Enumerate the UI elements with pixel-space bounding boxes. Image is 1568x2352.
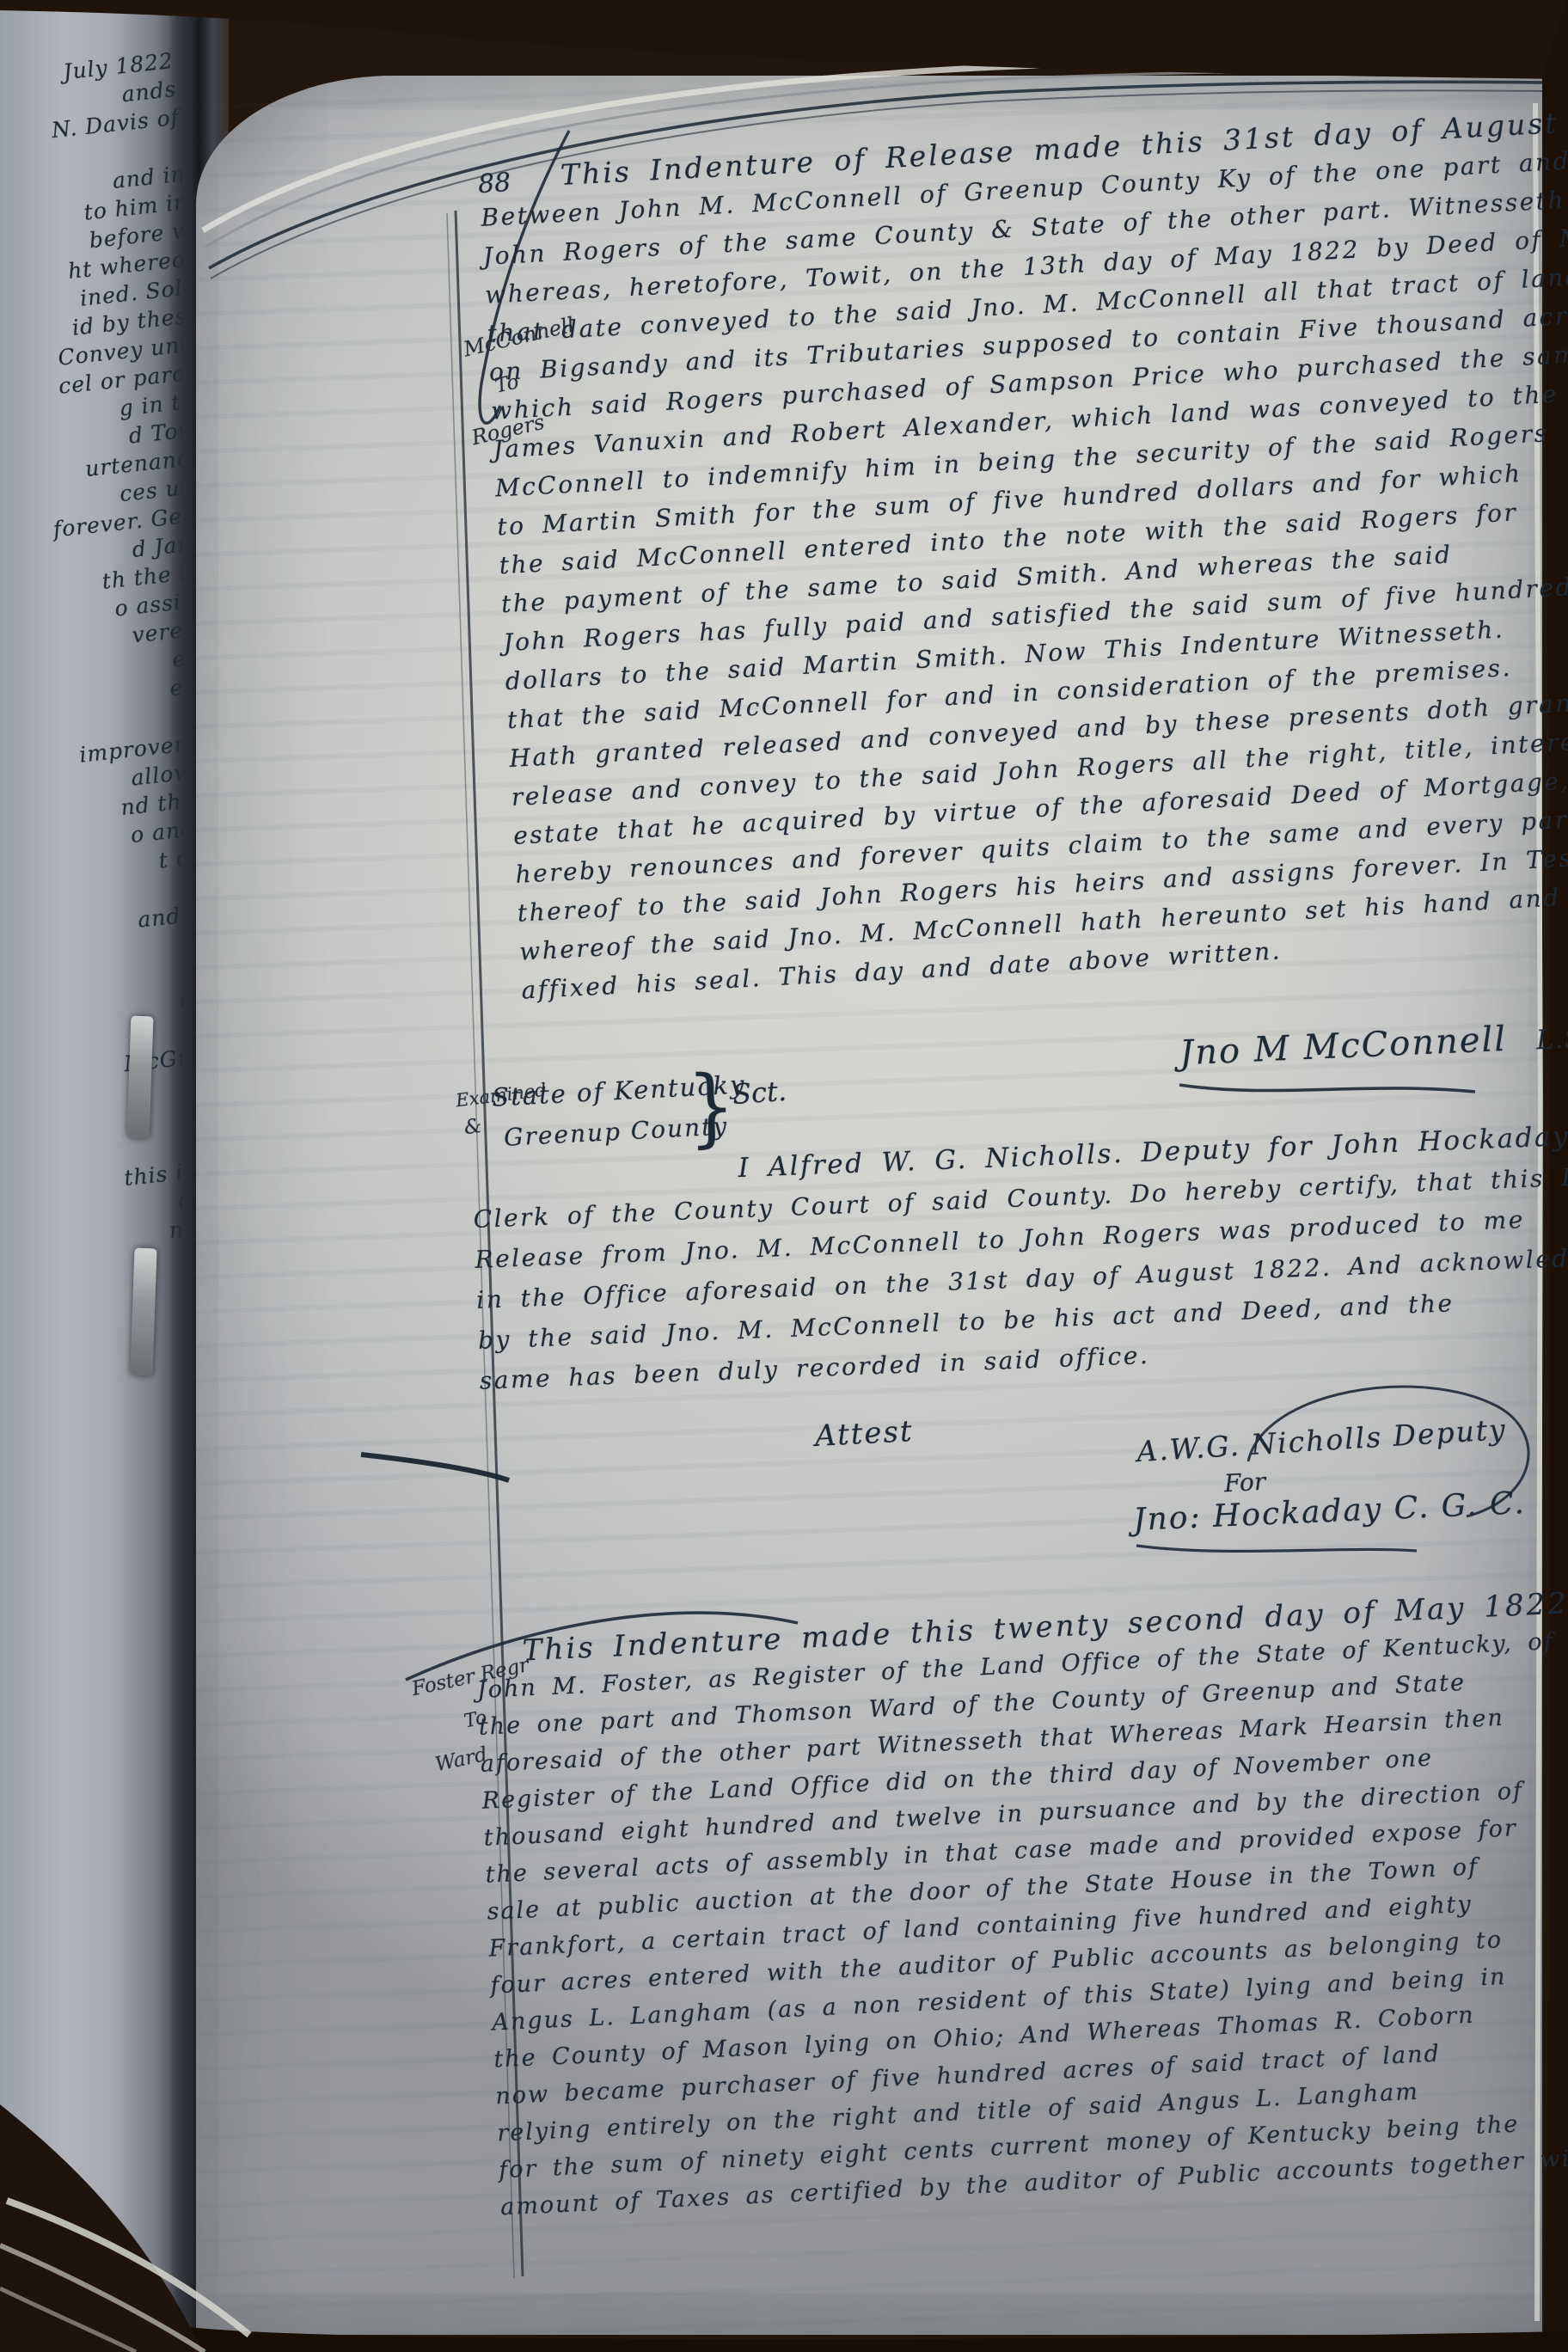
binding-clasp-lower [130, 1248, 156, 1376]
attest-for-word: For [1223, 1467, 1266, 1498]
deed2-body: This Indenture made this twenty second d… [475, 1579, 1568, 2226]
deed-book-photo: July 1822andsN. Davis ofand into him inb… [0, 0, 1568, 2352]
venue-abbrev: Sct. [732, 1075, 787, 1111]
examined-ampersand: & [462, 1115, 483, 1139]
attest-label: Attest [814, 1414, 914, 1454]
left-page: July 1822andsN. Davis ofand into him inb… [0, 5, 191, 2331]
deed1-body: This Indenture of Release made this 31st… [478, 95, 1568, 1009]
venue-brace: } [686, 1057, 736, 1157]
certification-body: I Alfred W. G. Nicholls. Deputy for John… [471, 1112, 1568, 1401]
binding-clasp-upper [127, 1016, 154, 1139]
seal-mark: L.S. [1535, 1023, 1568, 1057]
